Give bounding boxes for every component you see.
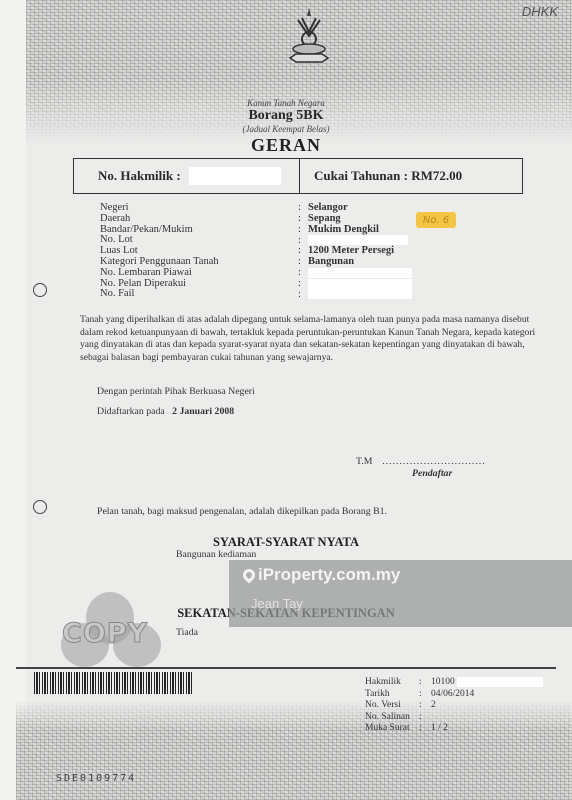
barcode-icon <box>34 672 192 694</box>
meta-row: Muka Surat:1 / 2 <box>365 723 543 735</box>
registration-line: Didaftarkan pada 2 Januari 2008 <box>97 406 234 417</box>
tenure-paragraph: Tanah yang diperihalkan di atas adalah d… <box>80 314 540 364</box>
field-label: No. Fail <box>100 289 219 300</box>
watermark-site: iProperty.com.my <box>258 565 400 585</box>
copy-stamp-text: COPY <box>62 618 148 649</box>
cukai-label: Cukai Tahunan : <box>314 168 408 184</box>
field-label: No. Lembaran Piawai <box>100 268 219 279</box>
cukai-value: RM72.00 <box>411 168 462 184</box>
schedule-name: (Jadual Keempat Belas) <box>0 124 572 134</box>
document-title: GERAN <box>0 135 572 156</box>
field-value: Mukim Dengkil <box>308 224 379 235</box>
conditions-heading: SYARAT-SYARAT NYATA <box>0 535 572 550</box>
act-name: Kanun Tanah Negara <box>0 98 572 108</box>
redacted-value <box>308 279 412 289</box>
field-value: Sepang <box>308 213 341 224</box>
signature-dots: .............................. <box>382 456 485 467</box>
lot-redacted <box>308 235 408 245</box>
field-values: :Selangor :Sepang :Mukim Dengkil : :1200… <box>298 203 412 300</box>
watermark-logo: iProperty.com.my <box>243 565 400 585</box>
serial-number: SDE0109774 <box>56 773 136 784</box>
field-labels: Negeri Daerah Bandar/Pekan/Mukim No. Lot… <box>100 203 219 300</box>
location-pin-icon <box>241 567 258 584</box>
state-crest-icon <box>284 6 334 66</box>
watermark-banner: iProperty.com.my Jean Tay <box>229 560 572 627</box>
watermark-agent: Jean Tay <box>251 596 303 611</box>
field-value: Selangor <box>308 202 348 213</box>
punch-hole-icon <box>33 283 47 297</box>
meta-row: No. Versi:2 <box>365 700 543 712</box>
authority-line: Dengan perintah Pihak Berkuasa Negeri <box>97 386 255 397</box>
restrictions-text: Tiada <box>176 627 198 638</box>
corner-code: DHKK <box>522 4 558 19</box>
hakmilik-cell: No. Hakmilik : <box>74 159 300 193</box>
footer-divider <box>16 667 556 669</box>
signature-line: T.M .............................. <box>356 456 486 467</box>
land-title-document: DHKK Kanun Tanah Negara Borang 5BK (Jadu… <box>0 0 572 800</box>
conditions-text: Bangunan kediaman <box>176 549 256 560</box>
form-name: Borang 5BK <box>0 108 572 124</box>
registrar-title: Pendaftar <box>412 468 452 479</box>
registered-date: 2 Januari 2008 <box>172 406 234 417</box>
meta-row: Tarikh:04/06/2014 <box>365 689 543 701</box>
hakmilik-redacted <box>189 167 281 185</box>
footer-metadata: Hakmilik:10100 Tarikh:04/06/2014 No. Ver… <box>365 677 543 735</box>
cukai-cell: Cukai Tahunan : RM72.00 <box>300 159 522 193</box>
field-value: Bangunan <box>308 256 354 267</box>
hakmilik-label: No. Hakmilik : <box>98 168 181 184</box>
field-label: Daerah <box>100 214 219 225</box>
title-box: No. Hakmilik : Cukai Tahunan : RM72.00 <box>73 158 523 194</box>
punch-hole-icon <box>33 500 47 514</box>
field-value: 1200 Meter Persegi <box>308 245 394 256</box>
signature-prefix: T.M <box>356 456 372 467</box>
hakmilik-meta-redacted <box>457 677 543 687</box>
handwritten-highlight-note: No. 6 <box>416 212 456 228</box>
plan-note: Pelan tanah, bagi maksud pengenalan, ada… <box>97 506 387 517</box>
registered-label: Didaftarkan pada <box>97 406 165 417</box>
meta-row: No. Salinan: <box>365 712 543 724</box>
redacted-value <box>308 289 412 299</box>
redacted-value <box>308 268 412 278</box>
meta-row: Hakmilik:10100 <box>365 677 543 689</box>
